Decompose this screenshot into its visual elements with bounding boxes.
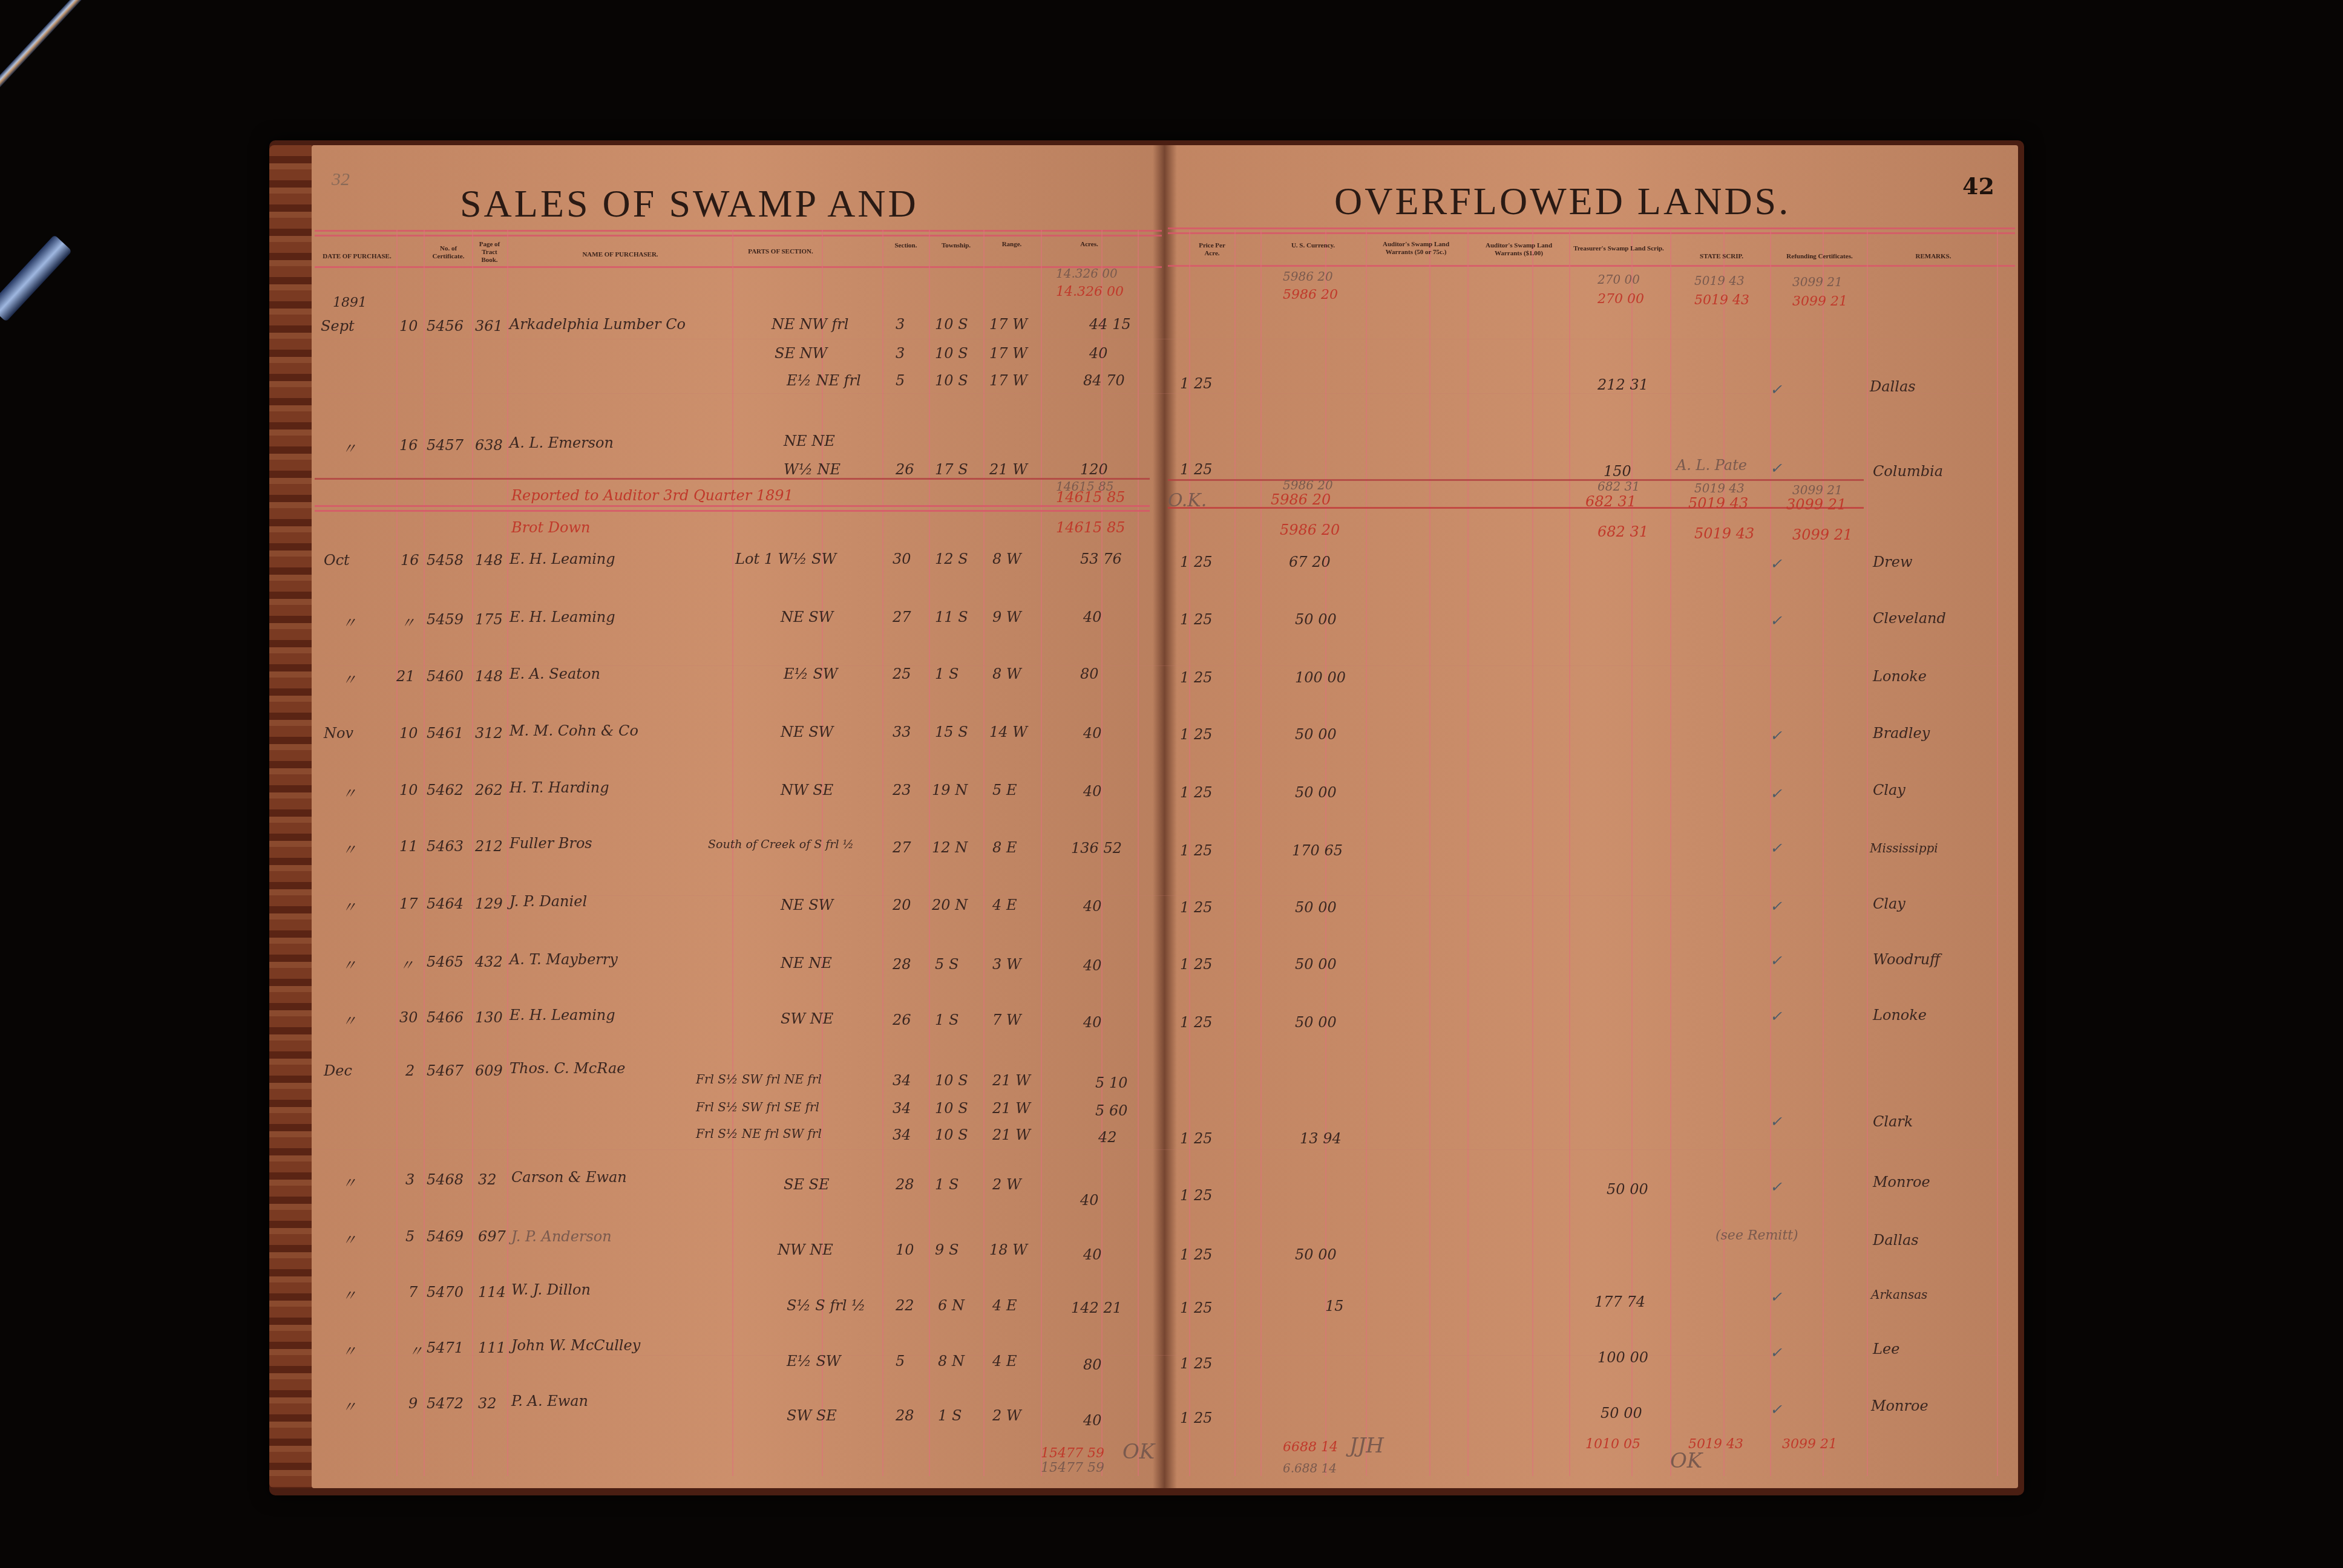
row-township: 12 S [935, 550, 968, 567]
left-page-title: SALES OF SWAMP AND [460, 181, 919, 226]
row-price: 1 25 [1180, 1246, 1212, 1263]
row-certificate: 5472 [427, 1395, 464, 1412]
entry-price: 1 25 [1180, 375, 1212, 392]
row-part: NE SW [781, 609, 833, 626]
col-divider [1670, 230, 1671, 1476]
col-divider [1366, 230, 1367, 1476]
row-tract-page: 111 [478, 1339, 506, 1356]
row-currency: 13 94 [1300, 1130, 1342, 1147]
row-check: ✓ [1770, 727, 1782, 744]
row-day: 16 [401, 552, 419, 569]
row-day: 10 [399, 725, 418, 742]
row-section: 27 [893, 609, 911, 626]
total-currency-initials: JJH [1349, 1434, 1384, 1458]
total-refunding-red: 3099 21 [1782, 1437, 1837, 1452]
row-section: 28 [896, 1407, 914, 1424]
brought-down-treasurer: 682 31 [1597, 523, 1648, 540]
total-currency-pencil: 6.688 14 [1283, 1461, 1337, 1475]
row-month: 〃 [342, 611, 356, 632]
row-section: 25 [893, 665, 911, 682]
row-section: 28 [896, 1176, 914, 1193]
col-header-state-scrip: STATE SCRIP. [1676, 253, 1767, 261]
entry-day: 16 [399, 437, 418, 454]
col-header-range: Range. [985, 241, 1038, 249]
row-purchaser: John W. McCulley [511, 1337, 640, 1354]
row-remarks: Lee [1873, 1341, 1899, 1357]
entry-part: W½ NE [784, 461, 841, 478]
row-acres: 40 [1083, 609, 1102, 626]
corner-pencil-mark: 32 [332, 169, 350, 190]
row-certificate: 5466 [427, 1009, 464, 1026]
col-header-purchaser: NAME OF PURCHASER. [545, 251, 696, 259]
row-section: 5 [896, 1353, 905, 1370]
header-bottom-rule [315, 266, 1162, 268]
entry-price: 1 25 [1180, 461, 1212, 478]
row-currency: 50 00 [1295, 899, 1337, 916]
row-acres: 53 76 [1080, 550, 1122, 567]
row-certificate: 5459 [427, 611, 464, 628]
row-day: 7 [408, 1284, 418, 1301]
row-remarks: Arkansas [1871, 1287, 1927, 1302]
entry-part: NE NW frl [772, 316, 848, 333]
row-currency: 170 65 [1292, 842, 1343, 859]
row-month: 〃 [342, 895, 356, 916]
row-remarks: Drew [1873, 554, 1912, 570]
book-page-edges [269, 145, 312, 1488]
row-month: 〃 [342, 1171, 356, 1192]
col-header-auditor-warrants-50: Auditor's Swamp Land Warrants (50 or 75c… [1371, 241, 1461, 256]
entry-remarks: Columbia [1873, 463, 1943, 480]
entry-range: 17 W [989, 372, 1027, 389]
row-part: S½ S frl ½ [787, 1297, 865, 1314]
total-acres-pencil: 15477 59 [1041, 1460, 1104, 1475]
row-check: ✓ [1770, 1178, 1782, 1195]
row-township: 1 S [935, 1011, 958, 1028]
row-section: 28 [893, 956, 911, 973]
row-acres: 40 [1080, 1192, 1099, 1209]
row-remarks: Clay [1873, 895, 1906, 912]
row-day: 2 [405, 1062, 415, 1079]
row-township: 6 N [938, 1297, 965, 1314]
row-check: ✓ [1770, 555, 1782, 572]
row-range: 21 W [992, 1072, 1031, 1089]
row-month: Oct [324, 552, 350, 569]
row-remarks: Lonoke [1873, 668, 1927, 685]
row-purchaser: P. A. Ewan [511, 1393, 588, 1410]
carried-treasurer-red: 270 00 [1597, 292, 1644, 307]
row-month: 〃 [342, 668, 356, 689]
row-part: NW SE [781, 782, 833, 799]
row-remarks: Monroe [1871, 1397, 1928, 1414]
row-range: 8 W [992, 665, 1021, 682]
col-divider [1234, 230, 1236, 1476]
brought-down-currency: 5986 20 [1280, 521, 1340, 538]
row-section: 34 [893, 1100, 911, 1117]
row-section: 34 [893, 1126, 911, 1143]
row-acres: 40 [1083, 898, 1102, 915]
brought-down-refunding: 3099 21 [1792, 526, 1852, 543]
row-tract-page: 32 [478, 1395, 497, 1412]
col-divider [1467, 230, 1469, 1476]
row-part: SW SE [787, 1407, 837, 1424]
entry-township: 10 S [935, 316, 968, 333]
row-remarks: Dallas [1873, 1232, 1919, 1249]
col-header-acres: Acres. [1044, 241, 1135, 249]
entry-state-scrip-note: A. L. Pate [1676, 457, 1747, 474]
row-certificate: 5469 [427, 1228, 464, 1245]
row-check: ✓ [1770, 898, 1782, 915]
entry-range: 17 W [989, 316, 1027, 333]
row-section: 22 [896, 1297, 914, 1314]
row-section: 34 [893, 1072, 911, 1089]
row-purchaser: E. H. Leaming [510, 1007, 615, 1024]
row-acres: 42 [1098, 1129, 1117, 1146]
row-treasurer: 177 74 [1594, 1293, 1645, 1310]
row-currency: 50 00 [1295, 611, 1337, 628]
row-part: Frl S½ SW frl SE frl [696, 1100, 819, 1114]
row-price: 1 25 [1180, 1130, 1212, 1147]
row-range: 21 W [992, 1100, 1031, 1117]
total-ok-mark: OK [1670, 1449, 1702, 1473]
row-range: 4 E [992, 1353, 1017, 1370]
quarter-rule-top [315, 478, 1150, 480]
row-treasurer: 50 00 [1607, 1181, 1648, 1198]
row-remarks: Clark [1873, 1113, 1913, 1130]
quarter-acres-red: 14615 85 [1056, 489, 1126, 506]
quarter-currency-red: 5986 20 [1271, 491, 1331, 508]
row-certificate: 5463 [427, 838, 464, 855]
row-acres: 40 [1083, 957, 1102, 974]
row-day: 〃 [399, 953, 414, 975]
row-acres: 5 10 [1095, 1074, 1127, 1091]
row-currency: 50 00 [1295, 956, 1337, 973]
row-township: 10 S [935, 1100, 968, 1117]
row-month: 〃 [342, 1395, 356, 1416]
row-remarks: Monroe [1873, 1174, 1930, 1191]
quarter-refunding-pencil: 3099 21 [1792, 483, 1843, 497]
col-divider [882, 230, 883, 1476]
row-range: 8 E [992, 839, 1017, 856]
carried-acres-red: 14.326 00 [1056, 284, 1124, 299]
entry-treasurer-scrip: 212 31 [1597, 376, 1648, 393]
row-section: 23 [893, 782, 911, 799]
row-price: 1 25 [1180, 842, 1212, 859]
right-page [1165, 145, 2018, 1488]
col-divider [1041, 230, 1042, 1476]
row-purchaser: Carson & Ewan [511, 1169, 627, 1186]
col-header-price: Price Per Acre. [1192, 242, 1232, 258]
row-section: 27 [893, 839, 911, 856]
row-acres: 40 [1083, 1246, 1102, 1263]
entry-tract-page: 361 [475, 318, 503, 335]
total-acres-ok: OK [1122, 1440, 1155, 1464]
row-day: 〃 [401, 611, 415, 632]
row-purchaser: Fuller Bros [510, 835, 592, 852]
ruled-line [315, 1355, 2009, 1356]
col-header-certificate: No. of Certificate. [427, 245, 470, 261]
col-divider [822, 230, 823, 1476]
total-acres-red: 15477 59 [1041, 1446, 1104, 1461]
row-price: 1 25 [1180, 1410, 1212, 1426]
row-range: 3 W [992, 956, 1021, 973]
row-day: 3 [405, 1171, 415, 1188]
row-purchaser: A. T. Mayberry [510, 951, 618, 968]
quarter-report-label: Reported to Auditor 3rd Quarter 1891 [511, 487, 793, 504]
row-tract-page: 212 [475, 838, 503, 855]
row-acres: 142 21 [1071, 1299, 1122, 1316]
row-price: 1 25 [1180, 784, 1212, 801]
entry-tract-page: 638 [475, 437, 503, 454]
row-range: 14 W [989, 724, 1027, 740]
col-header-tract-page: Page of Tract Book. [473, 241, 506, 264]
row-purchaser: W. J. Dillon [511, 1281, 591, 1298]
entry-certificate: 5456 [427, 318, 464, 335]
row-state-note: (see Remitt) [1715, 1228, 1798, 1243]
row-tract-page: 148 [475, 552, 503, 569]
row-purchaser: M. M. Cohn & Co [510, 722, 638, 739]
entry-section: 3 [896, 345, 905, 362]
carried-currency-red: 5986 20 [1283, 287, 1338, 302]
row-month: Dec [324, 1062, 352, 1079]
row-currency: 50 00 [1295, 784, 1337, 801]
row-township: 9 S [935, 1241, 958, 1258]
row-certificate: 5468 [427, 1171, 464, 1188]
row-section: 10 [896, 1241, 914, 1258]
row-tract-page: 175 [475, 611, 503, 628]
col-divider [1569, 230, 1570, 1476]
entry-section: 26 [896, 461, 914, 478]
col-divider [1867, 230, 1868, 1476]
row-price: 1 25 [1180, 1355, 1212, 1372]
row-range: 7 W [992, 1011, 1021, 1028]
row-range: 2 W [992, 1407, 1021, 1424]
row-township: 10 S [935, 1126, 968, 1143]
row-price: 1 25 [1180, 554, 1212, 570]
carried-currency-pencil: 5986 20 [1283, 269, 1333, 284]
row-month: 〃 [342, 1009, 356, 1030]
right-page-title: OVERFLOWED LANDS. [1334, 179, 1791, 224]
entry-section: 3 [896, 316, 905, 333]
row-certificate: 5467 [427, 1062, 464, 1079]
col-divider [1138, 230, 1139, 1476]
row-currency: 15 [1325, 1298, 1344, 1315]
quarter-currency-pencil: 5986 20 [1283, 478, 1333, 492]
col-divider [1631, 230, 1633, 1476]
quarter-ok-mark: O.K. [1168, 490, 1207, 511]
row-certificate: 5470 [427, 1284, 464, 1301]
quarter-state-scrip-red: 5019 43 [1688, 495, 1748, 512]
entry-month: 〃 [342, 437, 356, 458]
row-certificate: 5464 [427, 895, 464, 912]
entry-part: SE NW [775, 345, 827, 362]
entry-part: E½ NE frl [787, 372, 861, 389]
row-check: ✓ [1770, 1344, 1782, 1361]
col-header-date: DATE OF PURCHASE. [321, 253, 393, 261]
row-acres: 40 [1083, 783, 1102, 800]
row-price: 1 25 [1180, 956, 1212, 973]
entry-acres: 40 [1089, 345, 1108, 362]
header-top-rule [315, 230, 1162, 232]
row-part: SW NE [781, 1010, 833, 1027]
row-tract-page: 312 [475, 725, 503, 742]
row-day: 〃 [408, 1339, 423, 1361]
row-check: ✓ [1770, 1008, 1782, 1025]
row-township: 1 S [935, 1176, 958, 1193]
row-currency: 67 20 [1289, 554, 1331, 570]
row-township: 15 S [935, 724, 968, 740]
col-header-parts: PARTS OF SECTION. [744, 248, 817, 256]
row-certificate: 5462 [427, 782, 464, 799]
row-acres: 40 [1083, 1412, 1102, 1429]
col-divider [1260, 230, 1262, 1476]
quarter-refunding-red: 3099 21 [1786, 496, 1846, 513]
col-header-refunding: Refunding Certificates. [1774, 253, 1865, 261]
row-purchaser: E. A. Seaton [510, 665, 600, 682]
row-day: 10 [399, 782, 418, 799]
row-part: NE SW [781, 724, 833, 740]
entry-purchaser: Arkadelphia Lumber Co [510, 316, 686, 333]
row-range: 4 E [992, 1297, 1017, 1314]
col-header-township: Township. [931, 242, 981, 250]
carried-treasurer-pencil: 270 00 [1597, 272, 1640, 287]
col-header-remarks: REMARKS. [1876, 253, 1991, 261]
row-section: 20 [893, 897, 911, 913]
row-township: 1 S [938, 1407, 962, 1424]
entry-section: 5 [896, 372, 905, 389]
ruled-line [315, 339, 2009, 339]
page-number: 42 [1962, 172, 1994, 200]
row-purchaser: Thos. C. McRae [510, 1060, 625, 1077]
row-remarks: Cleveland [1873, 610, 1946, 627]
row-section: 33 [893, 724, 911, 740]
row-day: 17 [399, 895, 418, 912]
row-certificate: 5465 [427, 953, 464, 970]
row-price: 1 25 [1180, 1014, 1212, 1031]
row-certificate: 5460 [427, 668, 464, 685]
row-tract-page: 130 [475, 1009, 503, 1026]
row-price: 1 25 [1180, 669, 1212, 686]
row-remarks: Clay [1873, 782, 1906, 799]
row-day: 5 [405, 1228, 415, 1245]
col-divider [1429, 230, 1430, 1476]
book-gutter [1153, 145, 1177, 1488]
entry-check: ✓ [1770, 460, 1782, 477]
row-acres: 136 52 [1071, 840, 1122, 857]
carried-state-scrip-red: 5019 43 [1694, 293, 1749, 308]
row-part: E½ SW [784, 665, 838, 682]
row-acres: 80 [1080, 665, 1099, 682]
row-township: 11 S [935, 609, 968, 626]
row-section: 30 [893, 550, 911, 567]
row-tract-page: 129 [475, 895, 503, 912]
row-currency: 50 00 [1295, 1014, 1337, 1031]
row-tract-page: 609 [475, 1062, 503, 1079]
entry-purchaser: A. L. Emerson [510, 434, 614, 451]
quarter-rule-bottom [315, 505, 1150, 507]
carried-refunding-red: 3099 21 [1792, 294, 1847, 309]
col-header-us-currency: U. S. Currency. [1265, 242, 1362, 250]
col-divider [1823, 230, 1824, 1476]
col-divider [732, 230, 733, 1476]
row-range: 8 W [992, 550, 1021, 567]
row-price: 1 25 [1180, 726, 1212, 743]
col-header-auditor-warrants-100: Auditor's Swamp Land Warrants ($1.00) [1473, 242, 1564, 258]
entry-remarks: Dallas [1870, 378, 1916, 395]
brought-down-acres: 14615 85 [1056, 519, 1126, 536]
row-month: 〃 [342, 838, 356, 859]
row-check: ✓ [1770, 785, 1782, 802]
entry-acres: 84 70 [1083, 372, 1125, 389]
row-price: 1 25 [1180, 899, 1212, 916]
ruled-line [315, 1149, 2009, 1150]
entry-acres: 120 [1080, 461, 1108, 478]
row-check: ✓ [1770, 1113, 1782, 1130]
entry-range: 17 W [989, 345, 1027, 362]
row-month: 〃 [342, 953, 356, 975]
row-acres: 40 [1083, 1014, 1102, 1031]
row-part: SE SE [784, 1176, 830, 1193]
row-purchaser: E. H. Leaming [510, 550, 615, 567]
col-divider [983, 230, 985, 1476]
row-check: ✓ [1770, 1289, 1782, 1305]
row-month: 〃 [342, 1284, 356, 1305]
col-divider [1997, 230, 1998, 1476]
entry-day: 10 [399, 318, 418, 335]
row-tract-page: 697 [478, 1228, 506, 1245]
row-remarks: Lonoke [1873, 1007, 1927, 1024]
col-divider [424, 230, 425, 1476]
row-day: 30 [399, 1009, 418, 1026]
row-currency: 50 00 [1295, 1246, 1337, 1263]
quarter-treasurer-red: 682 31 [1585, 493, 1636, 510]
row-section: 26 [893, 1011, 911, 1028]
row-remarks: Bradley [1873, 725, 1930, 742]
carried-acres-pencil: 14.326 00 [1056, 266, 1118, 281]
quarter-rule-top-right [1168, 479, 1864, 481]
row-township: 5 S [935, 956, 958, 973]
row-tract-page: 148 [475, 668, 503, 685]
row-part: NE NE [781, 955, 832, 972]
header-top-rule-right [1168, 227, 2015, 229]
row-certificate: 5458 [427, 552, 464, 569]
col-divider [472, 230, 473, 1476]
row-part: South of Creek of S frl ½ [708, 838, 854, 851]
entry-part: NE NE [784, 433, 835, 449]
brought-down-label: Brot Down [511, 519, 591, 536]
row-range: 4 E [992, 897, 1017, 913]
row-range: 2 W [992, 1176, 1021, 1193]
row-purchaser: J. P. Daniel [510, 893, 587, 910]
row-range: 18 W [989, 1241, 1027, 1258]
row-township: 19 N [932, 782, 968, 799]
carried-state-scrip-pencil: 5019 43 [1694, 273, 1745, 288]
row-township: 20 N [932, 897, 968, 913]
row-tract-page: 32 [478, 1171, 497, 1188]
row-tract-page: 262 [475, 782, 503, 799]
row-part: NE SW [781, 897, 833, 913]
row-certificate: 5471 [427, 1339, 464, 1356]
row-treasurer: 50 00 [1601, 1405, 1642, 1422]
quarter-treasurer-pencil: 682 31 [1597, 479, 1640, 494]
brought-down-state-scrip: 5019 43 [1694, 525, 1754, 542]
col-divider [1723, 230, 1725, 1476]
row-township: 12 N [932, 839, 968, 856]
row-part: Frl S½ NE frl SW frl [696, 1126, 822, 1141]
carried-refunding-pencil: 3099 21 [1792, 275, 1843, 289]
row-remarks: Mississippi [1870, 841, 1938, 855]
total-treasurer-red: 1010 05 [1585, 1437, 1640, 1452]
row-part: E½ SW [787, 1353, 841, 1370]
